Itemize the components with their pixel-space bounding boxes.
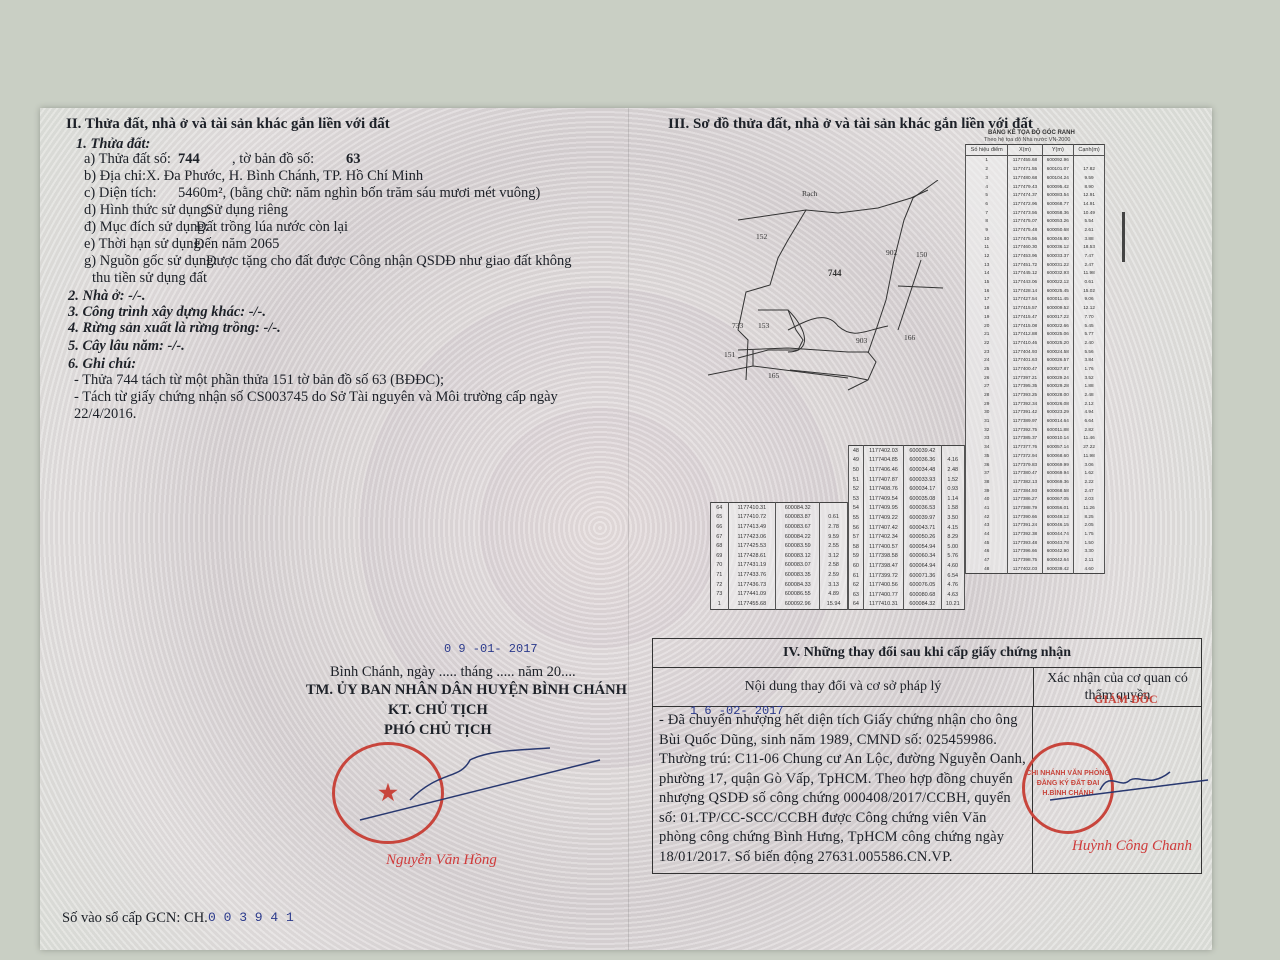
coord-row: 11177455.68600092.96	[966, 155, 1105, 164]
coord-row: 151177443.06600022.120.61	[966, 277, 1105, 286]
coord-row: 641177410.31600084.3210.21	[849, 600, 965, 610]
coord-row: 101177475.56600046.803.88	[966, 234, 1105, 243]
coord-row: 381177382.13600069.362.22	[966, 477, 1105, 486]
coord-row: 521177408.76600034.170.93	[849, 484, 965, 494]
other-works-item: 3. Công trình xây dựng khác: -/-.	[68, 304, 266, 320]
address-label: b) Địa chỉ:	[84, 168, 146, 184]
changes-title: IV. Những thay đổi sau khi cấp giấy chứn…	[653, 639, 1201, 668]
north-arrow-icon	[1122, 212, 1125, 262]
use-form-value: Sử dụng riêng	[206, 202, 288, 218]
coord-row: 421177390.66600048.128.25	[966, 512, 1105, 521]
map-label-903: 903	[856, 336, 868, 345]
map-label-river: Rạch	[802, 189, 818, 198]
register-label: Số vào sổ cấp GCN: CH.	[62, 910, 208, 926]
coord-row: 261177397.21600029.243.52	[966, 373, 1105, 382]
forest-item: 4. Rừng sản xuất là rừng trồng: -/-.	[68, 320, 281, 336]
col-x: X(m)	[1008, 145, 1042, 156]
coord-row: 511177407.87600033.931.52	[849, 475, 965, 485]
coord-row: 201177415.08600022.665.45	[966, 321, 1105, 330]
origin-value-2: thu tiền sử dụng đất	[92, 270, 207, 286]
coord-row: 41177479.43600095.428.90	[966, 182, 1105, 191]
coord-row: 551177409.22600039.973.50	[849, 513, 965, 523]
coord-row: 711177433.76600083.352.59	[711, 570, 848, 580]
map-label-733: 733	[732, 321, 744, 330]
signer-name-right: Huỳnh Công Chanh	[1072, 838, 1192, 855]
coord-row: 571177402.34600050.268.29	[849, 532, 965, 542]
coord-row: 31177480.68600104.249.59	[966, 173, 1105, 182]
coord-row: 471177398.75600042.642.11	[966, 555, 1105, 564]
parcel-map: Rạch 744 152 902 150 733 153 151 903 166…	[708, 180, 948, 400]
purpose-value: Đất trồng lúa nước còn lại	[196, 219, 348, 235]
signature-scribble-right	[1040, 760, 1210, 810]
coord-row: 271177395.35600029.281.88	[966, 381, 1105, 390]
coord-row: 341177377.76600057.1427.22	[966, 442, 1105, 451]
map-label-166: 166	[904, 333, 916, 342]
coord-row: 311177389.97600014.646.64	[966, 416, 1105, 425]
coord-row: 441177392.38600044.741.75	[966, 529, 1105, 538]
area-label: c) Diện tích:	[84, 185, 156, 201]
perennial-item: 5. Cây lâu năm: -/-.	[68, 338, 185, 354]
map-label-153: 153	[758, 321, 770, 330]
map-label-165: 165	[768, 371, 780, 380]
coord-row: 361177379.83600069.993.06	[966, 460, 1105, 469]
coord-row: 231177404.93600024.585.56	[966, 347, 1105, 356]
coord-row: 351177372.94600068.6011.98	[966, 451, 1105, 460]
area-value: 5460m², (bằng chữ: năm nghìn bốn trăm sá…	[178, 185, 540, 201]
map-label-parcel: 744	[828, 268, 842, 278]
coord-table-subtitle: Theo hệ tọa độ Nhà nước VN-2000	[984, 137, 1070, 143]
coord-row: 251177400.47600027.871.76	[966, 364, 1105, 373]
map-label-152: 152	[756, 232, 768, 241]
signer-name-left: Nguyễn Văn Hồng	[386, 852, 497, 869]
coord-row: 481177402.03600039.42	[849, 446, 965, 456]
house-item: 2. Nhà ở: -/-.	[68, 288, 145, 304]
register-number: 0 0 3 9 4 1	[208, 910, 294, 925]
coord-row: 181177415.57600009.5212.12	[966, 303, 1105, 312]
coord-row: 701177431.19600083.072.58	[711, 561, 848, 571]
signature-scribble-left	[350, 740, 610, 830]
map-label-150: 150	[916, 250, 928, 259]
coord-row: 281177393.25600028.002.48	[966, 390, 1105, 399]
origin-label: g) Nguồn gốc sử dụng:	[84, 253, 218, 269]
coord-row: 661177413.49600083.672.78	[711, 522, 848, 532]
coord-table-left: 641177410.31600084.32651177410.72600083.…	[710, 502, 848, 610]
coord-row: 91177475.48600050.682.61	[966, 225, 1105, 234]
term-value: Đến năm 2065	[194, 236, 279, 252]
col-point: Số hiệu điểm	[966, 145, 1008, 156]
coord-row: 611177399.72600071.366.54	[849, 571, 965, 581]
address-value: X. Đa Phước, H. Bình Chánh, TP. Hồ Chí M…	[146, 168, 423, 184]
coord-row: 191177415.47600017.227.70	[966, 312, 1105, 321]
coord-row: 221177410.46600025.202.40	[966, 338, 1105, 347]
fold-line	[628, 108, 629, 950]
coord-table-title: BẢNG KÊ TỌA ĐỘ GÓC RANH	[988, 130, 1075, 136]
coord-row: 491177404.85600036.364.16	[849, 456, 965, 466]
note-2-line1: - Tách từ giấy chứng nhận số CS003745 do…	[74, 389, 558, 405]
parcel-number: 744	[178, 151, 200, 167]
section2-title: II. Thửa đất, nhà ở và tài sản khác gắn …	[66, 116, 390, 132]
coord-row: 671177423.06600084.229.59	[711, 532, 848, 542]
change-date-stamp: 1 6 -02- 2017	[690, 704, 784, 718]
coord-row: 321177392.75600011.882.82	[966, 425, 1105, 434]
coord-row: 461177396.66600042.903.30	[966, 547, 1105, 556]
coord-row: 141177445.12600032.9311.98	[966, 269, 1105, 278]
coord-row: 481177402.03600039.424.60	[966, 564, 1105, 573]
term-label: e) Thời hạn sử dụng:	[84, 236, 205, 252]
coord-row: 431177391.24600046.152.05	[966, 520, 1105, 529]
coord-row: 541177409.95600036.531.58	[849, 504, 965, 514]
coord-row: 301177391.42600023.294.94	[966, 408, 1105, 417]
coord-row: 451177393.48600043.781.50	[966, 538, 1105, 547]
signer-role: PHÓ CHỦ TỊCH	[384, 722, 492, 738]
coord-row: 501177406.46600034.482.48	[849, 465, 965, 475]
coord-row: 81177475.07600053.265.54	[966, 216, 1105, 225]
coord-row: 131177451.72600031.222.47	[966, 260, 1105, 269]
map-label-151: 151	[724, 350, 736, 359]
coord-row: 211177412.88600025.065.77	[966, 329, 1105, 338]
coord-row: 161177428.14600025.4515.02	[966, 286, 1105, 295]
changes-col-content-header: Nội dung thay đổi và cơ sở pháp lý	[653, 668, 1034, 706]
coord-row: 581177400.57600054.945.00	[849, 542, 965, 552]
coord-row: 51177474.37600083.5412.91	[966, 190, 1105, 199]
parcel-label: a) Thửa đất số:	[84, 151, 171, 167]
kt-title: KT. CHỦ TỊCH	[388, 702, 488, 718]
coord-row: 651177410.72600083.870.61	[711, 513, 848, 523]
coord-row: 641177410.31600084.32	[711, 503, 848, 513]
place-date: Bình Chánh, ngày ..... tháng ..... năm 2…	[330, 664, 576, 680]
coord-row: 291177392.34600026.082.12	[966, 399, 1105, 408]
coord-row: 241177401.63600026.573.84	[966, 355, 1105, 364]
coord-row: 631177400.77600080.684.63	[849, 590, 965, 600]
map-sheet-number: 63	[346, 151, 361, 167]
col-edge: Cạnh(m)	[1074, 145, 1105, 156]
coord-row: 691177428.61600083.123.12	[711, 551, 848, 561]
coord-table-mid: 481177402.03600039.42491177404.85600036.…	[848, 445, 965, 610]
coord-row: 731177441.09600086.554.89	[711, 589, 848, 599]
coord-row: 411177388.79600056.0111.26	[966, 503, 1105, 512]
coord-row: 111177460.30600036.1218.53	[966, 242, 1105, 251]
coord-row: 591177398.58600060.345.76	[849, 552, 965, 562]
coord-row: 21177471.55600101.0717.82	[966, 164, 1105, 173]
coord-row: 11177455.68600092.9615.94	[711, 599, 848, 609]
notes-heading: 6. Ghi chú:	[68, 356, 136, 372]
coord-row: 561177407.42600043.714.15	[849, 523, 965, 533]
note-1: - Thửa 744 tách từ một phần thửa 151 tờ …	[74, 372, 444, 388]
purpose-label: đ) Mục đích sử dụng:	[84, 219, 209, 235]
coord-row: 371177380.47600069.941.62	[966, 468, 1105, 477]
coord-row: 531177409.54600035.081.14	[849, 494, 965, 504]
map-label-902: 902	[886, 248, 898, 257]
changes-content: - Đã chuyển nhượng hết diện tích Giấy ch…	[653, 707, 1033, 874]
coord-row: 71177473.56600058.3610.49	[966, 208, 1105, 217]
land-heading: 1. Thửa đất:	[76, 136, 150, 152]
use-form-label: d) Hình thức sử dụng:	[84, 202, 212, 218]
origin-value-1: Được tặng cho đất được Công nhận QSDĐ nh…	[206, 253, 572, 269]
issue-date-stamp: 0 9 -01- 2017	[444, 642, 538, 656]
coord-row: 601177398.47600064.944.60	[849, 561, 965, 571]
director-title: GIÁM ĐỐC	[1094, 692, 1158, 707]
coord-row: 61177472.96600068.7714.91	[966, 199, 1105, 208]
coord-table-main: Số hiệu điểm X(m) Y(m) Cạnh(m) 11177455.…	[965, 144, 1105, 574]
coord-row: 681177425.53600083.592.55	[711, 541, 848, 551]
map-sheet-label: , tờ bản đồ số:	[232, 151, 314, 167]
coord-row: 121177453.96600033.377.47	[966, 251, 1105, 260]
coord-row: 391177384.93600068.582.47	[966, 486, 1105, 495]
coord-row: 621177400.56600076.054.76	[849, 580, 965, 590]
coord-row: 401177386.27600067.052.03	[966, 494, 1105, 503]
coord-row: 171177427.54600011.459.06	[966, 295, 1105, 304]
col-y: Y(m)	[1042, 145, 1074, 156]
section3-title: III. Sơ đồ thửa đất, nhà ở và tài sản kh…	[668, 116, 1033, 132]
note-2-line2: 22/4/2016.	[74, 406, 136, 422]
issuing-org: TM. ỦY BAN NHÂN DÂN HUYỆN BÌNH CHÁNH	[306, 682, 627, 698]
coord-row: 331177385.37600010.1411.46	[966, 434, 1105, 443]
coord-row: 721177436.73600084.333.13	[711, 580, 848, 590]
